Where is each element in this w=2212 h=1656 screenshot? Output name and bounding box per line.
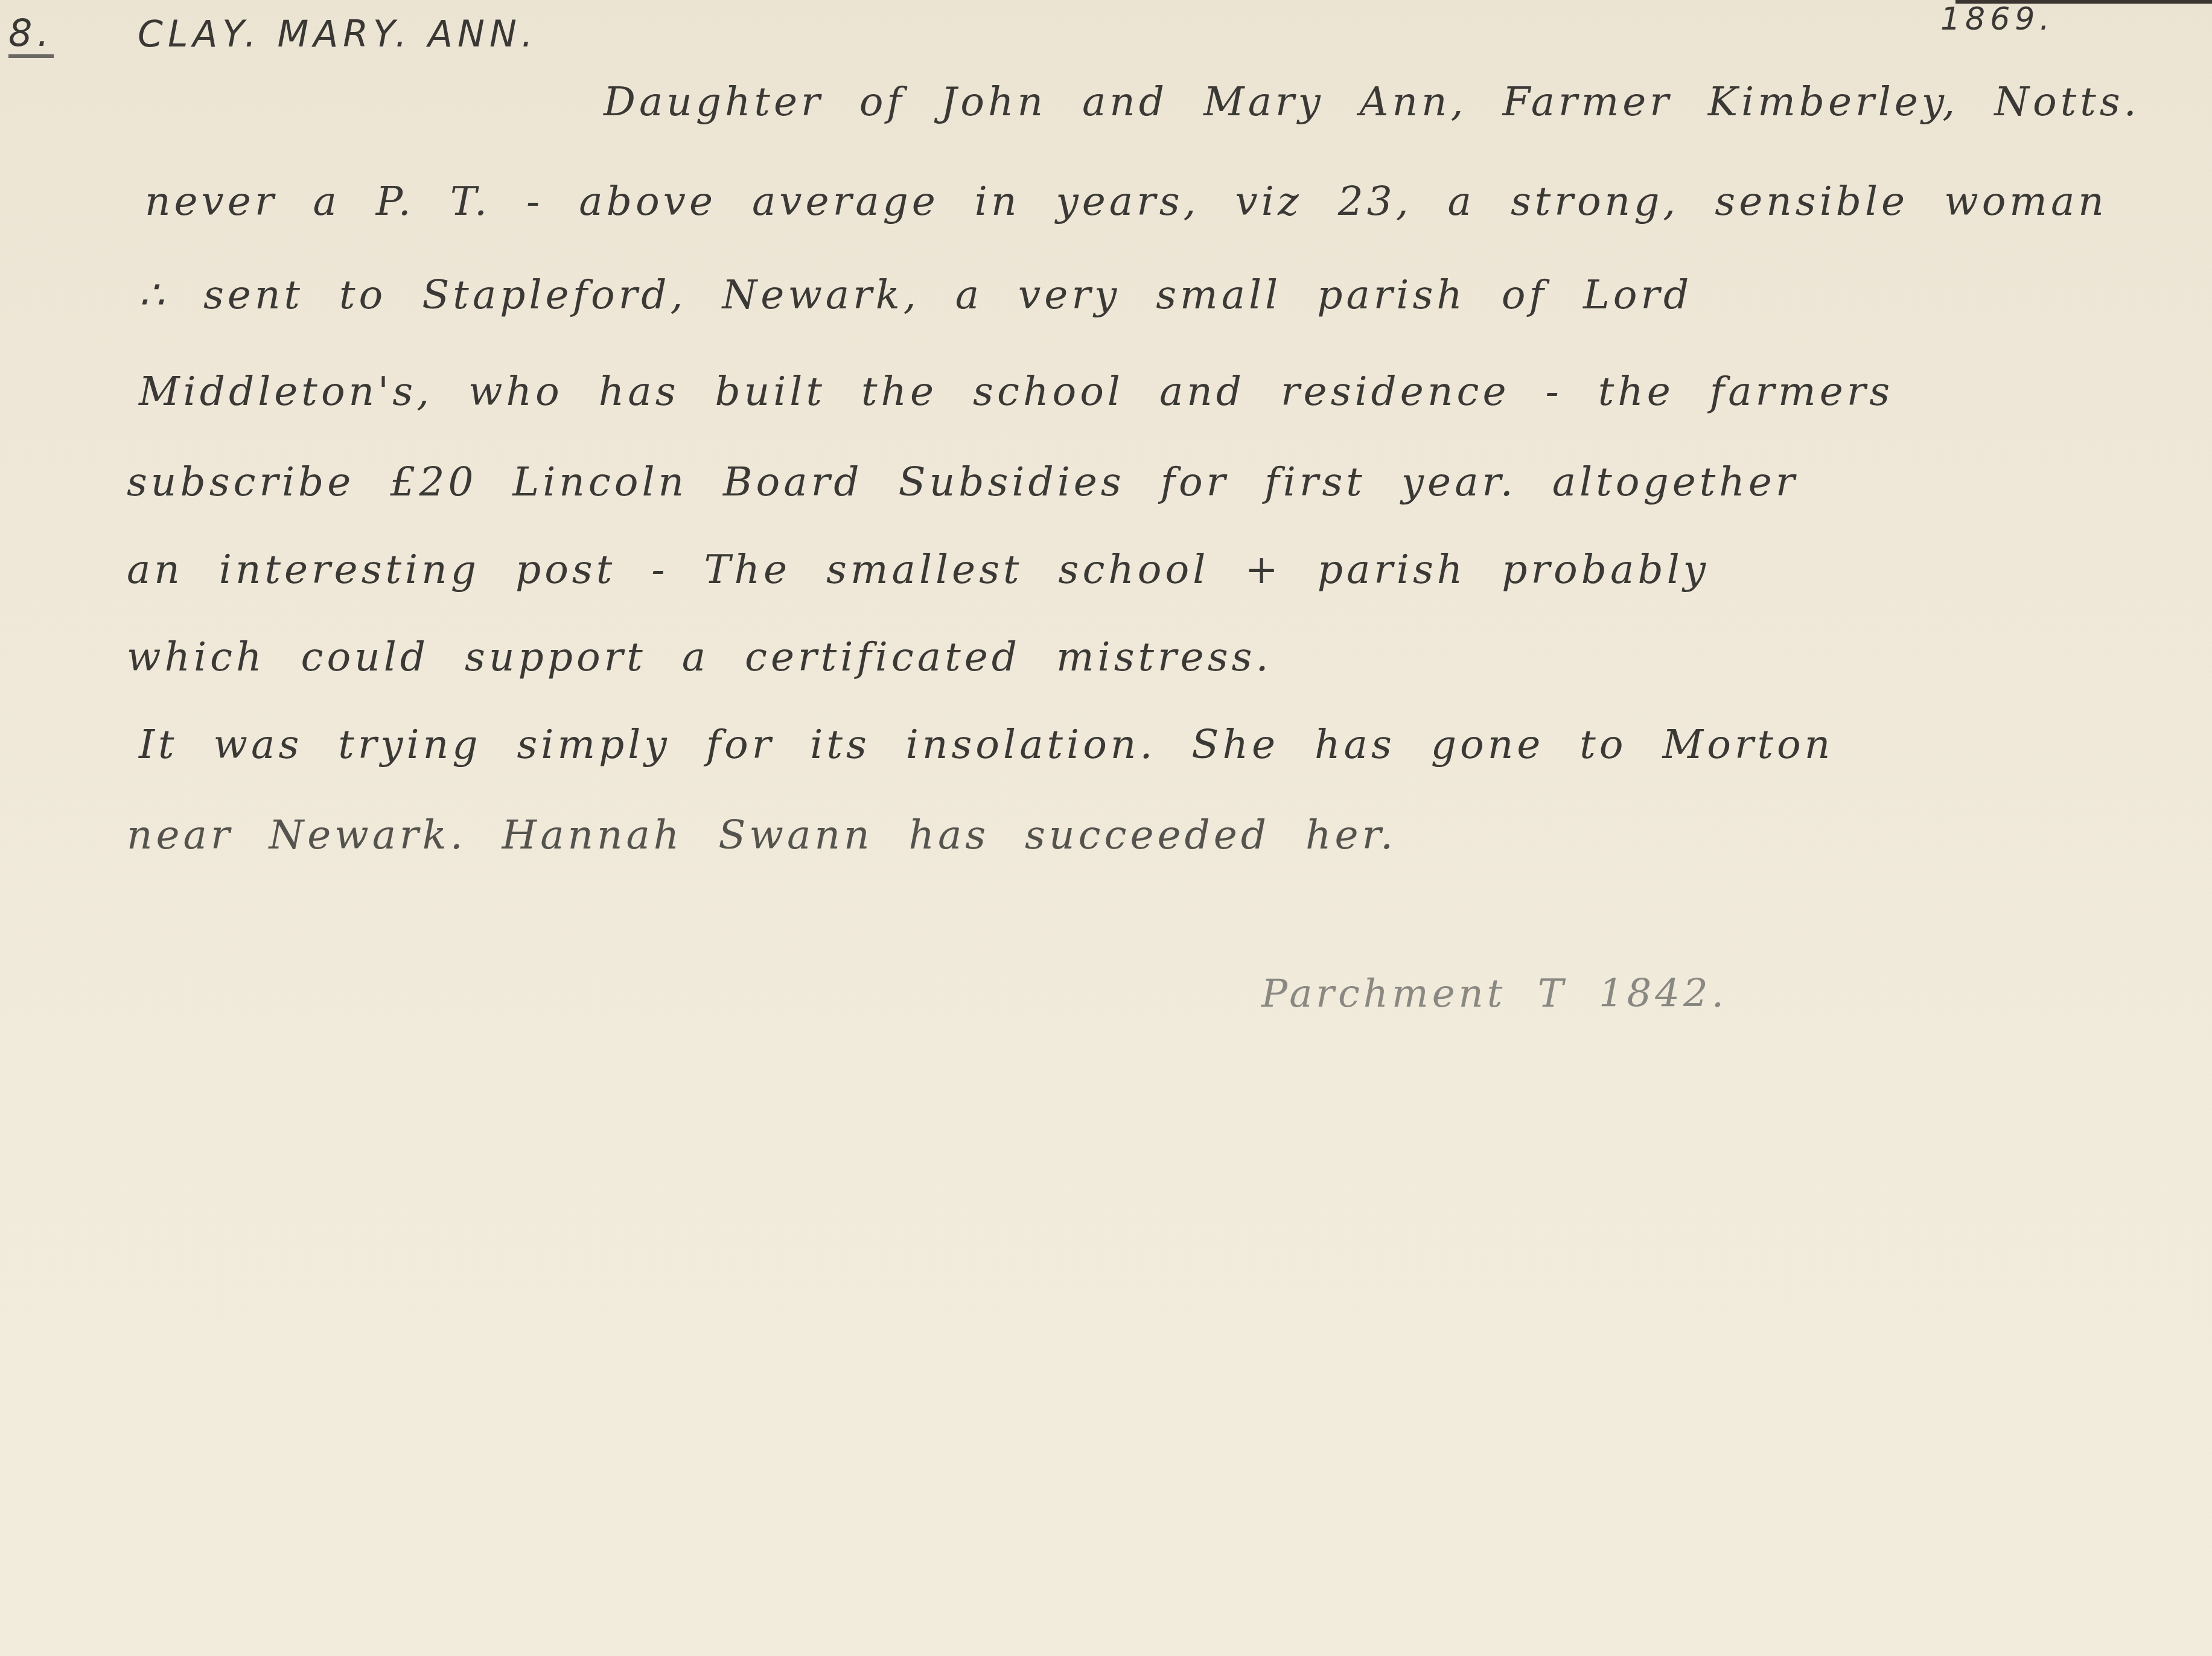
body-line: subscribe £20 Lincoln Board Subsidies fo… [127,459,1798,505]
document-page: 8. CLAY. MARY. ANN. 1869. Daughter of Jo… [0,0,2212,1656]
body-line: ∴ sent to Stapleford, Newark, a very sma… [139,272,1692,318]
certificate-note: Parchment T 1842. [1261,972,1727,1016]
body-line: never a P. T. - above average in years, … [145,178,2108,225]
body-line: Daughter of John and Mary Ann, Farmer Ki… [604,78,2140,125]
body-line: near Newark. Hannah Swann has succeeded … [127,812,1397,858]
body-line: It was trying simply for its insolation.… [139,721,1834,768]
entry-number: 8. [8,11,54,55]
body-line: Middleton's, who has built the school an… [139,368,1893,415]
entry-year: 1869. [1940,1,2054,37]
body-line: an interesting post - The smallest schoo… [127,546,1709,593]
entry-name: CLAY. MARY. ANN. [138,13,538,56]
body-line: which could support a certificated mistr… [127,634,1272,680]
